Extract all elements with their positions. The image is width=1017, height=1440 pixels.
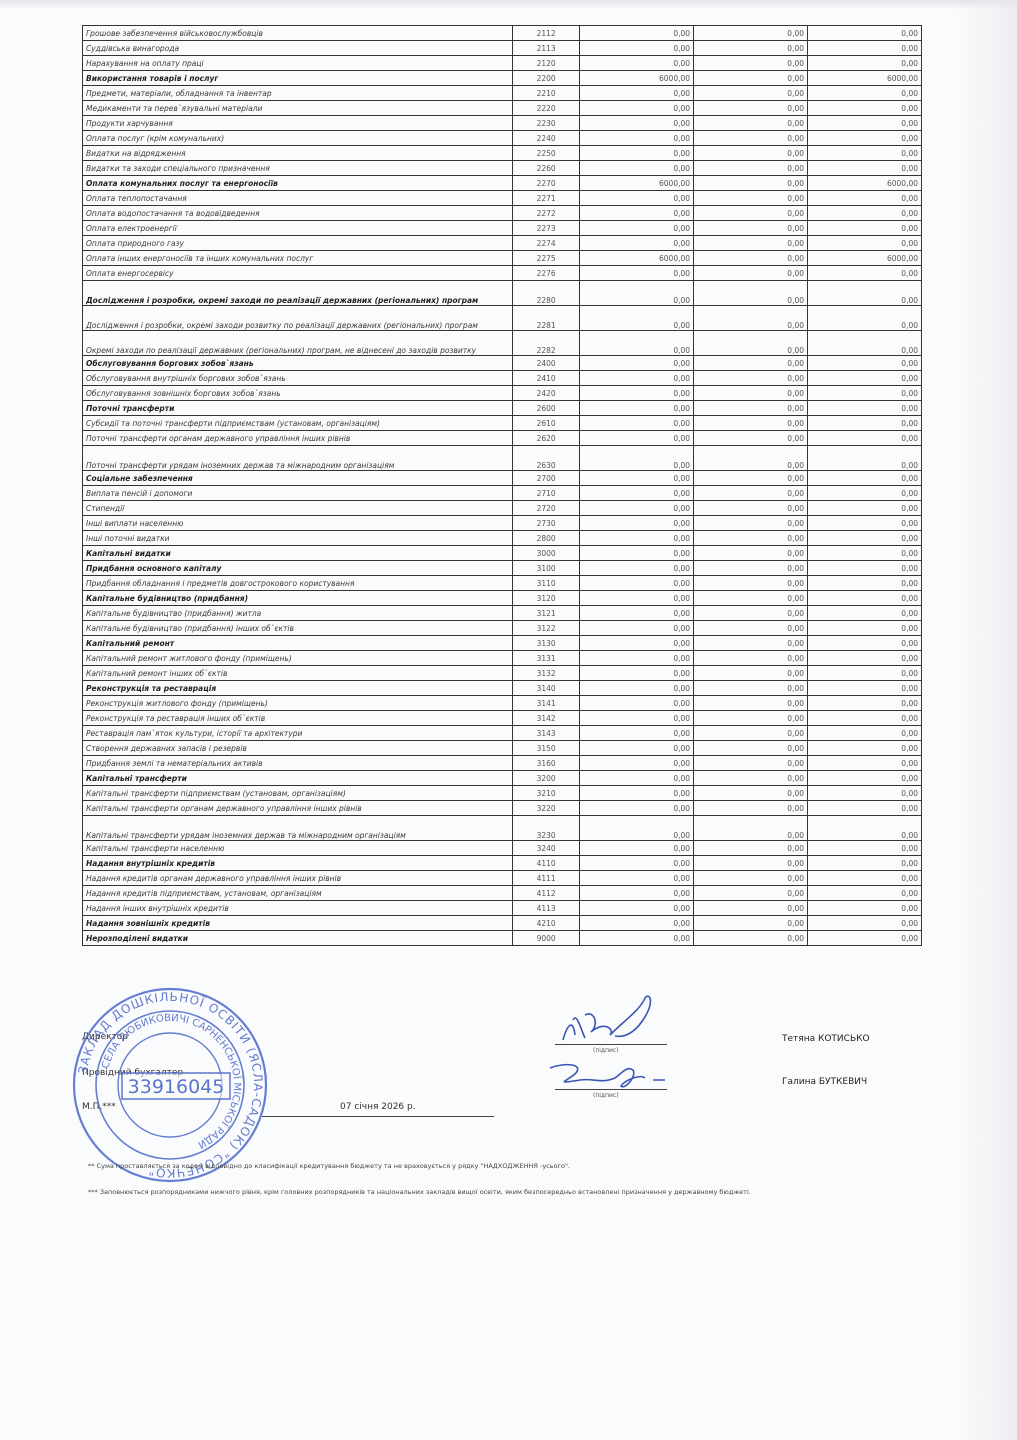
row-name: Оплата водопостачання та водовідведення (83, 206, 513, 221)
row-value-3: 0,00 (808, 161, 922, 176)
row-name: Використання товарів і послуг (83, 71, 513, 86)
row-code: 2210 (513, 86, 580, 101)
table-row: Обслуговування зовнішніх боргових зобов`… (83, 386, 922, 401)
row-name: Капітальне будівництво (придбання) (83, 591, 513, 606)
row-value-1: 0,00 (580, 606, 694, 621)
row-value-2: 0,00 (694, 471, 808, 486)
row-name: Оплата комунальних послуг та енергоносії… (83, 176, 513, 191)
table-row: Використання товарів і послуг22006000,00… (83, 71, 922, 86)
row-value-2: 0,00 (694, 801, 808, 816)
row-name: Капітальні трансферти (83, 771, 513, 786)
row-code: 2730 (513, 516, 580, 531)
row-value-3: 0,00 (808, 281, 922, 306)
row-code: 2250 (513, 146, 580, 161)
row-value-1: 0,00 (580, 501, 694, 516)
row-value-3: 0,00 (808, 871, 922, 886)
row-value-3: 0,00 (808, 931, 922, 946)
row-code: 3132 (513, 666, 580, 681)
row-name: Поточні трансферти (83, 401, 513, 416)
row-value-1: 0,00 (580, 356, 694, 371)
row-value-3: 6000,00 (808, 251, 922, 266)
row-code: 2272 (513, 206, 580, 221)
row-value-3: 0,00 (808, 621, 922, 636)
row-value-2: 0,00 (694, 161, 808, 176)
row-code: 3150 (513, 741, 580, 756)
row-value-1: 0,00 (580, 281, 694, 306)
row-value-1: 0,00 (580, 741, 694, 756)
row-value-1: 0,00 (580, 886, 694, 901)
row-value-2: 0,00 (694, 576, 808, 591)
row-value-1: 0,00 (580, 206, 694, 221)
row-name: Оплата електроенергії (83, 221, 513, 236)
row-name: Дослідження і розробки, окремі заходи ро… (83, 306, 513, 331)
row-value-1: 0,00 (580, 771, 694, 786)
row-name: Оплата теплопостачання (83, 191, 513, 206)
row-name: Реконструкція та реставрація інших об`єк… (83, 711, 513, 726)
row-value-3: 0,00 (808, 416, 922, 431)
row-value-2: 0,00 (694, 696, 808, 711)
row-value-2: 0,00 (694, 591, 808, 606)
row-name: Капітальні трансферти населенню (83, 841, 513, 856)
row-code: 2274 (513, 236, 580, 251)
row-value-2: 0,00 (694, 756, 808, 771)
row-value-3: 0,00 (808, 636, 922, 651)
row-value-1: 0,00 (580, 161, 694, 176)
row-value-3: 0,00 (808, 756, 922, 771)
row-name: Надання зовнішніх кредитів (83, 916, 513, 931)
row-code: 3141 (513, 696, 580, 711)
row-value-3: 0,00 (808, 356, 922, 371)
row-code: 2600 (513, 401, 580, 416)
row-value-1: 0,00 (580, 41, 694, 56)
row-name: Реставрація пам`яток культури, історії т… (83, 726, 513, 741)
table-row: Надання внутрішніх кредитів41100,000,000… (83, 856, 922, 871)
row-code: 3160 (513, 756, 580, 771)
table-row: Поточні трансферти урядам іноземних держ… (83, 446, 922, 471)
row-value-2: 0,00 (694, 546, 808, 561)
row-value-2: 0,00 (694, 636, 808, 651)
row-value-1: 0,00 (580, 931, 694, 946)
row-value-3: 0,00 (808, 401, 922, 416)
row-value-1: 0,00 (580, 146, 694, 161)
row-value-3: 0,00 (808, 116, 922, 131)
row-name: Субсидії та поточні трансферти підприємс… (83, 416, 513, 431)
row-name: Видатки на відрядження (83, 146, 513, 161)
row-value-2: 0,00 (694, 531, 808, 546)
row-name: Капітальні видатки (83, 546, 513, 561)
row-value-2: 0,00 (694, 86, 808, 101)
row-value-3: 0,00 (808, 221, 922, 236)
row-code: 3110 (513, 576, 580, 591)
budget-expenditure-table: Грошове забезпечення військовослужбовців… (82, 25, 922, 946)
row-value-3: 0,00 (808, 371, 922, 386)
row-value-2: 0,00 (694, 771, 808, 786)
row-code: 2630 (513, 446, 580, 471)
row-value-3: 0,00 (808, 236, 922, 251)
row-value-2: 0,00 (694, 266, 808, 281)
table-row: Придбання обладнання і предметів довгост… (83, 576, 922, 591)
row-value-1: 0,00 (580, 131, 694, 146)
row-value-2: 0,00 (694, 886, 808, 901)
row-value-1: 0,00 (580, 621, 694, 636)
row-value-2: 0,00 (694, 786, 808, 801)
row-name: Надання кредитів підприємствам, установа… (83, 886, 513, 901)
table-row: Суддівська винагорода21130,000,000,00 (83, 41, 922, 56)
row-name: Нерозподілені видатки (83, 931, 513, 946)
row-name: Медикаменти та перев`язувальні матеріали (83, 101, 513, 116)
row-value-3: 0,00 (808, 331, 922, 356)
row-value-1: 0,00 (580, 546, 694, 561)
table-row: Створення державних запасів і резервів31… (83, 741, 922, 756)
row-code: 3131 (513, 651, 580, 666)
row-value-3: 0,00 (808, 146, 922, 161)
row-name: Дослідження і розробки, окремі заходи по… (83, 281, 513, 306)
scan-page-fold (957, 0, 1017, 1440)
row-value-2: 0,00 (694, 916, 808, 931)
row-name: Надання внутрішніх кредитів (83, 856, 513, 871)
table-row: Надання кредитів підприємствам, установа… (83, 886, 922, 901)
row-value-2: 0,00 (694, 306, 808, 331)
row-value-1: 0,00 (580, 116, 694, 131)
row-value-1: 0,00 (580, 726, 694, 741)
row-name: Придбання обладнання і предметів довгост… (83, 576, 513, 591)
row-code: 2720 (513, 501, 580, 516)
row-value-3: 0,00 (808, 651, 922, 666)
row-value-2: 0,00 (694, 516, 808, 531)
row-value-2: 0,00 (694, 56, 808, 71)
row-code: 2410 (513, 371, 580, 386)
row-value-2: 0,00 (694, 726, 808, 741)
row-value-1: 0,00 (580, 266, 694, 281)
row-name: Інші поточні видатки (83, 531, 513, 546)
row-value-2: 0,00 (694, 371, 808, 386)
row-value-3: 0,00 (808, 681, 922, 696)
row-code: 4113 (513, 901, 580, 916)
row-value-2: 0,00 (694, 651, 808, 666)
row-value-3: 0,00 (808, 576, 922, 591)
row-value-3: 0,00 (808, 86, 922, 101)
row-code: 3121 (513, 606, 580, 621)
row-value-1: 0,00 (580, 561, 694, 576)
table-row: Обслуговування внутрішніх боргових зобов… (83, 371, 922, 386)
row-value-1: 0,00 (580, 871, 694, 886)
table-row: Соціальне забезпечення27000,000,000,00 (83, 471, 922, 486)
row-value-2: 0,00 (694, 401, 808, 416)
row-value-2: 0,00 (694, 251, 808, 266)
table-row: Капітальні видатки30000,000,000,00 (83, 546, 922, 561)
row-code: 3000 (513, 546, 580, 561)
table-row: Видатки на відрядження22500,000,000,00 (83, 146, 922, 161)
row-value-2: 0,00 (694, 101, 808, 116)
row-name: Поточні трансферти органам державного уп… (83, 431, 513, 446)
row-value-2: 0,00 (694, 606, 808, 621)
row-value-3: 0,00 (808, 856, 922, 871)
row-code: 3210 (513, 786, 580, 801)
row-name: Інші виплати населенню (83, 516, 513, 531)
row-value-1: 0,00 (580, 26, 694, 41)
row-name: Капітальні трансферти підприємствам (уст… (83, 786, 513, 801)
row-value-3: 0,00 (808, 191, 922, 206)
row-value-2: 0,00 (694, 931, 808, 946)
row-value-2: 0,00 (694, 191, 808, 206)
row-code: 3100 (513, 561, 580, 576)
row-value-3: 0,00 (808, 131, 922, 146)
row-code: 2700 (513, 471, 580, 486)
row-code: 2275 (513, 251, 580, 266)
row-code: 3240 (513, 841, 580, 856)
table-row: Оплата природного газу22740,000,000,00 (83, 236, 922, 251)
row-value-3: 0,00 (808, 266, 922, 281)
row-code: 3200 (513, 771, 580, 786)
row-value-2: 0,00 (694, 221, 808, 236)
stamp-code: 33916045 (128, 1076, 225, 1098)
row-value-2: 0,00 (694, 206, 808, 221)
row-value-3: 0,00 (808, 666, 922, 681)
row-code: 2420 (513, 386, 580, 401)
row-value-2: 0,00 (694, 146, 808, 161)
row-value-3: 6000,00 (808, 71, 922, 86)
row-value-1: 0,00 (580, 841, 694, 856)
row-value-2: 0,00 (694, 71, 808, 86)
row-value-3: 0,00 (808, 561, 922, 576)
row-value-3: 0,00 (808, 56, 922, 71)
row-name: Капітальні трансферти органам державного… (83, 801, 513, 816)
row-value-1: 0,00 (580, 666, 694, 681)
row-name: Капітальні трансферти урядам іноземних д… (83, 816, 513, 841)
row-value-3: 0,00 (808, 446, 922, 471)
row-name: Капітальний ремонт інших об`єктів (83, 666, 513, 681)
row-value-1: 0,00 (580, 901, 694, 916)
table-row: Предмети, матеріали, обладнання та інвен… (83, 86, 922, 101)
table-row: Надання кредитів органам державного упра… (83, 871, 922, 886)
table-row: Капітальний ремонт житлового фонду (прим… (83, 651, 922, 666)
table-row: Оплата комунальних послуг та енергоносії… (83, 176, 922, 191)
row-code: 2112 (513, 26, 580, 41)
row-value-3: 0,00 (808, 431, 922, 446)
row-value-1: 0,00 (580, 816, 694, 841)
row-name: Придбання основного капіталу (83, 561, 513, 576)
row-name: Виплата пенсій і допомоги (83, 486, 513, 501)
row-name: Обслуговування зовнішніх боргових зобов`… (83, 386, 513, 401)
row-value-2: 0,00 (694, 501, 808, 516)
row-value-1: 0,00 (580, 56, 694, 71)
row-value-2: 0,00 (694, 26, 808, 41)
table-row: Капітальний ремонт інших об`єктів31320,0… (83, 666, 922, 681)
table-row: Поточні трансферти26000,000,000,00 (83, 401, 922, 416)
director-signature (555, 990, 670, 1050)
row-code: 2280 (513, 281, 580, 306)
row-value-2: 0,00 (694, 486, 808, 501)
table-row: Оплата послуг (крім комунальних)22400,00… (83, 131, 922, 146)
row-value-1: 0,00 (580, 681, 694, 696)
row-value-3: 0,00 (808, 486, 922, 501)
row-value-3: 0,00 (808, 901, 922, 916)
row-value-3: 0,00 (808, 711, 922, 726)
row-value-2: 0,00 (694, 176, 808, 191)
row-value-3: 0,00 (808, 546, 922, 561)
row-code: 9000 (513, 931, 580, 946)
row-name: Оплата інших енергоносіїв та інших комун… (83, 251, 513, 266)
row-name: Обслуговування боргових зобов`язань (83, 356, 513, 371)
table-row: Дослідження і розробки, окремі заходи по… (83, 281, 922, 306)
table-row: Медикаменти та перев`язувальні матеріали… (83, 101, 922, 116)
row-value-1: 0,00 (580, 486, 694, 501)
row-name: Окремі заходи по реалізації державних (р… (83, 331, 513, 356)
row-value-2: 0,00 (694, 41, 808, 56)
row-name: Предмети, матеріали, обладнання та інвен… (83, 86, 513, 101)
row-name: Соціальне забезпечення (83, 471, 513, 486)
row-name: Надання кредитів органам державного упра… (83, 871, 513, 886)
row-value-1: 0,00 (580, 416, 694, 431)
row-name: Грошове забезпечення військовослужбовців (83, 26, 513, 41)
row-value-2: 0,00 (694, 236, 808, 251)
row-code: 3142 (513, 711, 580, 726)
row-value-1: 0,00 (580, 651, 694, 666)
table-row: Реконструкція та реставрація інших об`єк… (83, 711, 922, 726)
row-value-1: 0,00 (580, 401, 694, 416)
table-row: Капітальні трансферти підприємствам (уст… (83, 786, 922, 801)
table-row: Капітальні трансферти органам державного… (83, 801, 922, 816)
signing-date: 07 січня 2026 р. (340, 1102, 416, 1112)
row-value-1: 6000,00 (580, 71, 694, 86)
row-value-3: 0,00 (808, 531, 922, 546)
row-value-3: 0,00 (808, 516, 922, 531)
table-row: Окремі заходи по реалізації державних (р… (83, 331, 922, 356)
row-code: 2710 (513, 486, 580, 501)
row-code: 3220 (513, 801, 580, 816)
row-code: 2220 (513, 101, 580, 116)
row-value-1: 0,00 (580, 916, 694, 931)
footnote-double-asterisk: ** Сума проставляється за кодом відповід… (88, 1162, 570, 1170)
table-row: Нарахування на оплату праці21200,000,000… (83, 56, 922, 71)
row-value-2: 0,00 (694, 856, 808, 871)
row-value-3: 0,00 (808, 306, 922, 331)
table-row: Надання інших внутрішніх кредитів41130,0… (83, 901, 922, 916)
row-name: Реконструкція житлового фонду (приміщень… (83, 696, 513, 711)
row-value-1: 0,00 (580, 856, 694, 871)
row-code: 2276 (513, 266, 580, 281)
row-code: 2271 (513, 191, 580, 206)
row-value-1: 0,00 (580, 386, 694, 401)
row-value-1: 0,00 (580, 516, 694, 531)
table-row: Оплата електроенергії22730,000,000,00 (83, 221, 922, 236)
row-code: 2240 (513, 131, 580, 146)
row-name: Капітальне будівництво (придбання) інших… (83, 621, 513, 636)
row-code: 2400 (513, 356, 580, 371)
row-code: 4210 (513, 916, 580, 931)
table-row: Поточні трансферти органам державного уп… (83, 431, 922, 446)
row-value-2: 0,00 (694, 116, 808, 131)
row-code: 4112 (513, 886, 580, 901)
table-row: Інші виплати населенню27300,000,000,00 (83, 516, 922, 531)
row-value-2: 0,00 (694, 621, 808, 636)
row-value-3: 0,00 (808, 916, 922, 931)
row-code: 2282 (513, 331, 580, 356)
row-name: Оплата послуг (крім комунальних) (83, 131, 513, 146)
row-value-3: 0,00 (808, 886, 922, 901)
row-code: 3230 (513, 816, 580, 841)
row-value-1: 0,00 (580, 786, 694, 801)
table-row: Капітальні трансферти урядам іноземних д… (83, 816, 922, 841)
row-value-3: 0,00 (808, 771, 922, 786)
scan-top-edge (0, 0, 1017, 10)
row-code: 2230 (513, 116, 580, 131)
row-value-2: 0,00 (694, 281, 808, 306)
row-name: Створення державних запасів і резервів (83, 741, 513, 756)
row-value-3: 0,00 (808, 206, 922, 221)
table-row: Реконструкція та реставрація31400,000,00… (83, 681, 922, 696)
row-value-3: 0,00 (808, 726, 922, 741)
row-code: 2620 (513, 431, 580, 446)
row-code: 2260 (513, 161, 580, 176)
row-value-3: 0,00 (808, 841, 922, 856)
row-value-3: 0,00 (808, 801, 922, 816)
row-value-2: 0,00 (694, 871, 808, 886)
table-row: Оплата енергосервісу22760,000,000,00 (83, 266, 922, 281)
row-value-2: 0,00 (694, 131, 808, 146)
table-row: Нерозподілені видатки90000,000,000,00 (83, 931, 922, 946)
row-name: Оплата енергосервісу (83, 266, 513, 281)
table-row: Оплата водопостачання та водовідведення2… (83, 206, 922, 221)
table-row: Обслуговування боргових зобов`язань24000… (83, 356, 922, 371)
row-value-2: 0,00 (694, 711, 808, 726)
row-value-2: 0,00 (694, 741, 808, 756)
row-code: 3122 (513, 621, 580, 636)
table-row: Оплата теплопостачання22710,000,000,00 (83, 191, 922, 206)
table-row: Капітальні трансферти населенню32400,000… (83, 841, 922, 856)
row-code: 3130 (513, 636, 580, 651)
row-name: Продукти харчування (83, 116, 513, 131)
row-value-3: 0,00 (808, 101, 922, 116)
row-value-3: 0,00 (808, 741, 922, 756)
row-value-2: 0,00 (694, 386, 808, 401)
row-code: 2800 (513, 531, 580, 546)
row-value-2: 0,00 (694, 431, 808, 446)
row-value-1: 0,00 (580, 86, 694, 101)
row-value-3: 0,00 (808, 386, 922, 401)
row-code: 2270 (513, 176, 580, 191)
row-value-2: 0,00 (694, 901, 808, 916)
row-name: Придбання землі та нематеріальних активі… (83, 756, 513, 771)
row-value-1: 0,00 (580, 371, 694, 386)
row-value-1: 0,00 (580, 591, 694, 606)
accountant-name: Галина БУТКЕВИЧ (782, 1077, 867, 1087)
row-name: Реконструкція та реставрація (83, 681, 513, 696)
table-row: Грошове забезпечення військовослужбовців… (83, 26, 922, 41)
row-value-1: 6000,00 (580, 251, 694, 266)
row-value-1: 0,00 (580, 306, 694, 331)
row-value-1: 0,00 (580, 636, 694, 651)
accountant-signature (545, 1060, 675, 1095)
row-code: 3143 (513, 726, 580, 741)
table-row: Капітальне будівництво (придбання) інших… (83, 621, 922, 636)
row-code: 4110 (513, 856, 580, 871)
row-name: Оплата природного газу (83, 236, 513, 251)
row-value-1: 0,00 (580, 191, 694, 206)
budget-table-body: Грошове забезпечення військовослужбовців… (83, 26, 922, 946)
table-row: Оплата інших енергоносіїв та інших комун… (83, 251, 922, 266)
director-name: Тетяна КОТИСЬКО (782, 1034, 870, 1044)
row-value-1: 0,00 (580, 711, 694, 726)
official-stamp: ЗАКЛАД ДОШКІЛЬНОЇ ОСВІТИ (ЯСЛА-САДОК) "С… (70, 985, 270, 1185)
table-row: Придбання основного капіталу31000,000,00… (83, 561, 922, 576)
table-row: Реконструкція житлового фонду (приміщень… (83, 696, 922, 711)
row-value-1: 0,00 (580, 101, 694, 116)
row-name: Надання інших внутрішніх кредитів (83, 901, 513, 916)
row-value-3: 0,00 (808, 501, 922, 516)
row-value-1: 0,00 (580, 331, 694, 356)
row-value-3: 0,00 (808, 26, 922, 41)
